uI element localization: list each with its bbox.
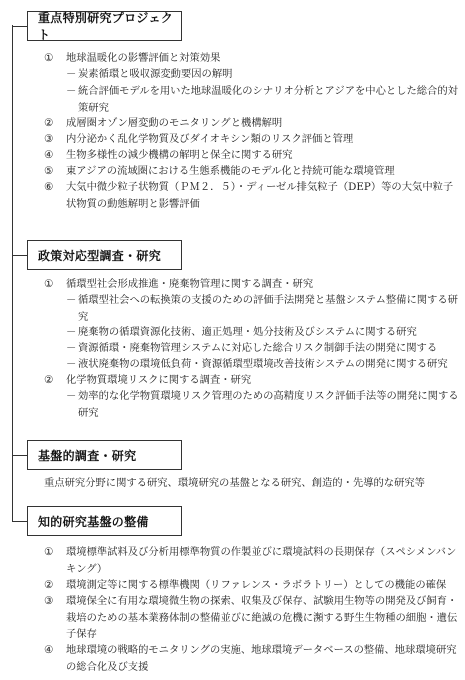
item-text: 地球環境の戦略的モニタリングの実施、地球環境データベースの整備、地球環境研究の総…: [66, 642, 461, 675]
item-number: ③: [44, 593, 64, 610]
list-item: ① 循環型社会形成推進・廃棄物管理に関する調査・研究: [44, 276, 461, 293]
sub-item-text: 統合評価モデルを用いた地球温暖化のシナリオ分析とアジアを中心とした総合的対策研究: [78, 83, 461, 116]
item-number: ①: [44, 544, 64, 561]
item-number: ③: [44, 131, 64, 148]
item-text: 環境測定等に関する標準機関（リファレンス・ラボラトリー）としての機能の確保: [66, 577, 461, 594]
item-text: 環境標準試料及び分析用標準物質の作製並びに環境試料の長期保存（スペシメンバンキン…: [66, 544, 461, 577]
item-text: 成層圏オゾン層変動のモニタリングと機構解明: [66, 115, 461, 132]
sub-item-text: 循環型社会への転換策の支援のための評価手法開発と基盤システム整備に関する研究: [78, 292, 461, 325]
list-item: ① 環境標準試料及び分析用標準物質の作製並びに環境試料の長期保存（スペシメンバン…: [44, 544, 461, 577]
list-item: ③ 環境保全に有用な環境微生物の探索、収集及び保存、試験用生物等の開発及び飼育・…: [44, 593, 461, 643]
list-item: ⑥ 大気中微少粒子状物質（ＰＭ２．５）・ディーゼル排気粒子（DEP）等の大気中粒…: [44, 179, 461, 212]
item-text: 生物多様性の減少機構の解明と保全に関する研究: [66, 147, 461, 164]
item-text: 環境保全に有用な環境微生物の探索、収集及び保存、試験用生物等の開発及び飼育・栽培…: [66, 593, 461, 643]
item-number: ②: [44, 115, 64, 132]
branch-line: [12, 455, 27, 456]
branch-line: [12, 255, 27, 256]
list-item: ④ 地球環境の戦略的モニタリングの実施、地球環境データベースの整備、地球環境研究…: [44, 642, 461, 675]
list-item: ② 成層圏オゾン層変動のモニタリングと機構解明: [44, 115, 461, 132]
sub-item-text: 液状廃棄物の環境低負荷・資源循環型環境改善技術システムの開発に関する研究: [78, 356, 461, 373]
sub-item-text: 効率的な化学物質環境リスク管理のための高精度リスク評価手法等の開発に関する研究: [78, 388, 461, 421]
item-text: 地球温暖化の影響評価と対策効果: [66, 50, 461, 67]
dash-bullet: －: [66, 83, 76, 100]
dash-bullet: －: [66, 340, 76, 357]
sub-item: － 資源循環・廃棄物管理システムに対応した総合リスク制御手法の開発に関する: [66, 340, 461, 357]
item-number: ①: [44, 50, 64, 67]
sub-item-text: 廃棄物の循環資源化技術、適正処理・処分技術及びシステムに関する研究: [78, 324, 461, 341]
item-number: ②: [44, 372, 64, 389]
item-number: ⑤: [44, 163, 64, 180]
sub-item: － 液状廃棄物の環境低負荷・資源循環型環境改善技術システムの開発に関する研究: [66, 356, 461, 373]
list-item: ⑤ 東アジアの流域圏における生態系機能のモデル化と持続可能な環境管理: [44, 163, 461, 180]
sub-item-text: 資源循環・廃棄物管理システムに対応した総合リスク制御手法の開発に関する: [78, 340, 461, 357]
section-description: 重点研究分野に関する研究、環境研究の基盤となる研究、創造的・先導的な研究等: [44, 475, 461, 492]
dash-bullet: －: [66, 292, 76, 309]
sub-item-text: 炭素循環と吸収源変動要因の解明: [78, 66, 461, 83]
branch-line: [12, 26, 27, 27]
item-text: 東アジアの流域圏における生態系機能のモデル化と持続可能な環境管理: [66, 163, 461, 180]
list-item: ④ 生物多様性の減少機構の解明と保全に関する研究: [44, 147, 461, 164]
dash-bullet: －: [66, 66, 76, 83]
section-heading-research-infrastructure: 知的研究基盤の整備: [27, 506, 182, 536]
item-text: 化学物質環境リスクに関する調査・研究: [66, 372, 461, 389]
section-title: 重点特別研究プロジェクト: [38, 9, 181, 43]
item-number: ①: [44, 276, 64, 293]
dash-bullet: －: [66, 324, 76, 341]
item-text: 循環型社会形成推進・廃棄物管理に関する調査・研究: [66, 276, 461, 293]
section-heading-policy-research: 政策対応型調査・研究: [27, 240, 182, 270]
section-title: 基盤的調査・研究: [38, 447, 136, 464]
section-title: 知的研究基盤の整備: [38, 513, 149, 530]
sub-item: － 炭素循環と吸収源変動要因の解明: [66, 66, 461, 83]
list-item: ③ 内分泌かく乱化学物質及びダイオキシン類のリスク評価と管理: [44, 131, 461, 148]
list-item: ② 環境測定等に関する標準機関（リファレンス・ラボラトリー）としての機能の確保: [44, 577, 461, 594]
item-text: 内分泌かく乱化学物質及びダイオキシン類のリスク評価と管理: [66, 131, 461, 148]
section-heading-fundamental-research: 基盤的調査・研究: [27, 440, 182, 470]
sub-item: － 循環型社会への転換策の支援のための評価手法開発と基盤システム整備に関する研究: [66, 292, 461, 325]
sub-item: － 統合評価モデルを用いた地球温暖化のシナリオ分析とアジアを中心とした総合的対策…: [66, 83, 461, 116]
item-number: ④: [44, 642, 64, 659]
list-item: ① 地球温暖化の影響評価と対策効果: [44, 50, 461, 67]
item-number: ⑥: [44, 179, 64, 196]
branch-line: [12, 521, 27, 522]
sub-item: － 廃棄物の循環資源化技術、適正処理・処分技術及びシステムに関する研究: [66, 324, 461, 341]
item-number: ②: [44, 577, 64, 594]
dash-bullet: －: [66, 356, 76, 373]
section-heading-priority-projects: 重点特別研究プロジェクト: [27, 11, 182, 41]
item-text: 大気中微少粒子状物質（ＰＭ２．５）・ディーゼル排気粒子（DEP）等の大気中粒子状…: [66, 179, 461, 212]
sub-item: － 効率的な化学物質環境リスク管理のための高精度リスク評価手法等の開発に関する研…: [66, 388, 461, 421]
tree-trunk-line: [12, 25, 13, 522]
list-item: ② 化学物質環境リスクに関する調査・研究: [44, 372, 461, 389]
item-number: ④: [44, 147, 64, 164]
dash-bullet: －: [66, 388, 76, 405]
section-title: 政策対応型調査・研究: [38, 247, 161, 264]
